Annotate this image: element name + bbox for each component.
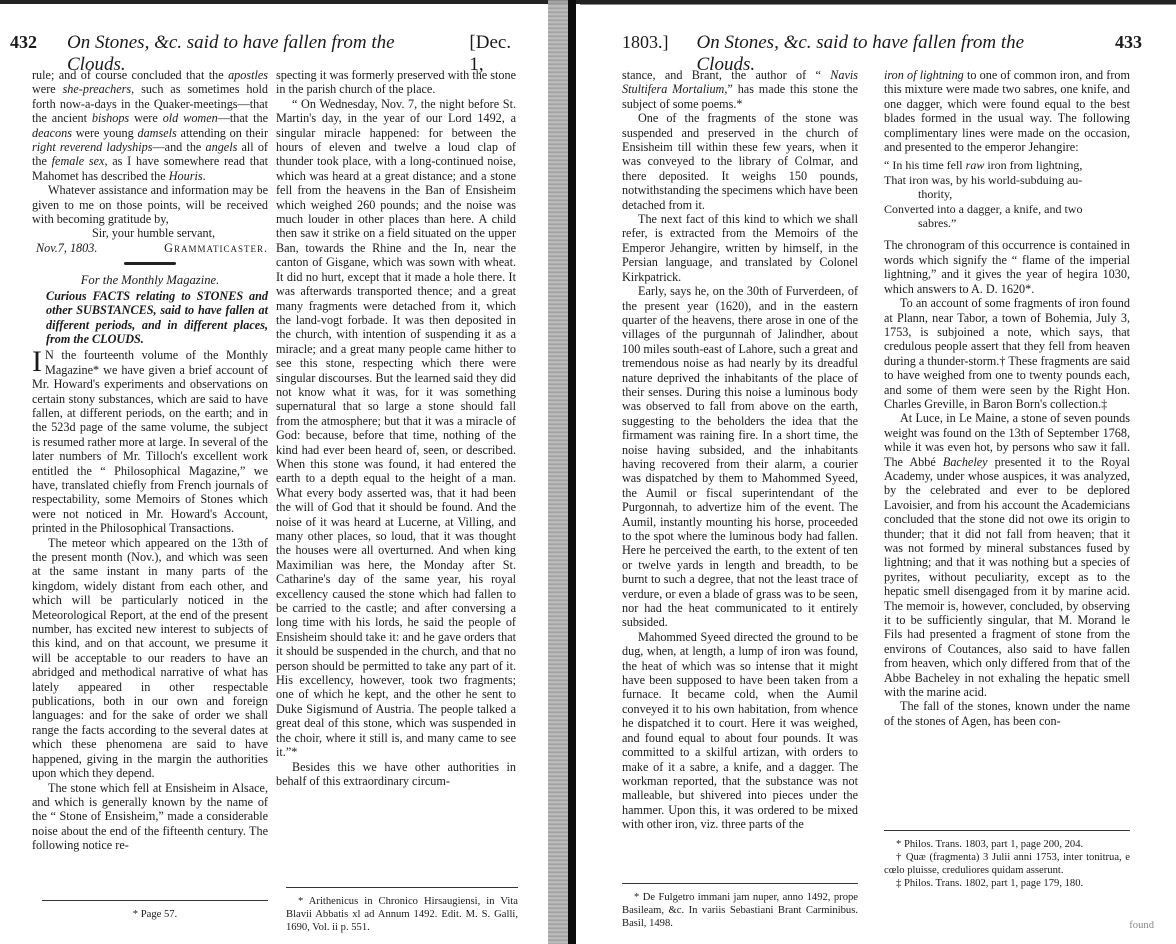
verse-line-continuation: sabres.” (884, 216, 1130, 230)
paragraph-chronogram: The chronogram of this occurrence is con… (884, 238, 1130, 296)
paragraph-ensisheim: The stone which fell at Ensisheim in Als… (32, 781, 268, 853)
letter-signoff: Sir, your humble servant, (32, 226, 268, 240)
gutter-shadow (548, 0, 570, 944)
verse-line-continuation: thority, (884, 187, 1130, 201)
book-gutter (548, 0, 582, 944)
footnote-page-57: * Page 57. (42, 900, 268, 921)
paragraph-early-says-he: Early, says he, on the 30th of Furverdee… (622, 284, 858, 630)
verse-block: “ In his time fell raw iron from lightni… (884, 158, 1130, 230)
column-4: iron of lightning to one of common iron,… (884, 68, 1130, 728)
page-number: 432 (10, 32, 37, 53)
footnote-philos-1803: * Philos. Trans. 1803, part 1, page 200,… (884, 838, 1130, 851)
paragraph-besides: Besides this we have other authorities i… (276, 760, 516, 789)
article-title: Curious FACTS relating to STONES and oth… (32, 289, 268, 347)
paragraph-mahommed-syeed: Mahommed Syeed directed the ground to be… (622, 630, 858, 832)
paragraph-meteor: The meteor which appeared on the 13th of… (32, 536, 268, 781)
right-page: 1803.] On Stones, &c. said to have falle… (582, 0, 1176, 944)
verse-line: Converted into a dagger, a knife, and tw… (884, 202, 1130, 216)
footnote-fulgetro: * De Fulgetro immani jam nuper, anno 149… (622, 883, 858, 930)
verse-line: That iron was, by his world-subduing au- (884, 173, 1130, 187)
paragraph-stones-of-agen: The fall of the stones, known under the … (884, 699, 1130, 728)
section-divider-ornament (124, 262, 176, 265)
paragraph-fourteenth-volume: IN the fourteenth volume of the Monthly … (32, 348, 268, 535)
paragraph-whatever: Whatever assistance and information may … (32, 183, 268, 226)
column-2: specting it was formerly preserved with … (276, 68, 516, 788)
paragraph-plann-tabor: To an account of some fragments of iron … (884, 296, 1130, 411)
left-page: 432 On Stones, &c. said to have fallen f… (0, 0, 548, 944)
column-1: rule; and of course concluded that the a… (32, 68, 268, 853)
paragraph-rule: rule; and of course concluded that the a… (32, 68, 268, 183)
footnote-quae: † Quæ (fragmenta) 3 Julii anni 1753, int… (884, 851, 1130, 877)
paragraph-specting: specting it was formerly preserved with … (276, 68, 516, 97)
running-date: 1803.] (622, 32, 669, 53)
column-3: stance, and Brant, the author of “ Navis… (622, 68, 858, 832)
signature-date: Nov.7, 1803. (36, 241, 97, 255)
paragraph-wednesday: “ On Wednesday, Nov. 7, the night before… (276, 97, 516, 760)
book-spine (568, 0, 576, 944)
signature-name: Grammaticaster. (164, 241, 268, 255)
footnote-philos-1802: ‡ Philos. Trans. 1802, part 1, page 179,… (884, 877, 1130, 890)
drop-cap: I (32, 349, 42, 375)
signature-row: Nov.7, 1803. Grammaticaster. (32, 241, 268, 255)
paragraph-one-of-fragments: One of the fragments of the stone was su… (622, 111, 858, 212)
page-number: 433 (1115, 32, 1142, 53)
paragraph-luce-le-maine: At Luce, in Le Maine, a stone of seven p… (884, 411, 1130, 699)
paragraph-iron-of-lightning: iron of lightning to one of common iron,… (884, 68, 1130, 154)
footnotes-right-column: * Philos. Trans. 1803, part 1, page 200,… (884, 830, 1130, 890)
paragraph-stance-brant: stance, and Brant, the author of “ Navis… (622, 68, 858, 111)
verse-line: “ In his time fell raw iron from lightni… (884, 158, 1130, 172)
catchword: found (1129, 920, 1154, 931)
footnote-arithenicus: * Arithenicus in Chronico Hirsaugiensi, … (286, 887, 518, 934)
paragraph-next-fact: The next fact of this kind to which we s… (622, 212, 858, 284)
section-kicker: For the Monthly Magazine. (32, 273, 268, 287)
